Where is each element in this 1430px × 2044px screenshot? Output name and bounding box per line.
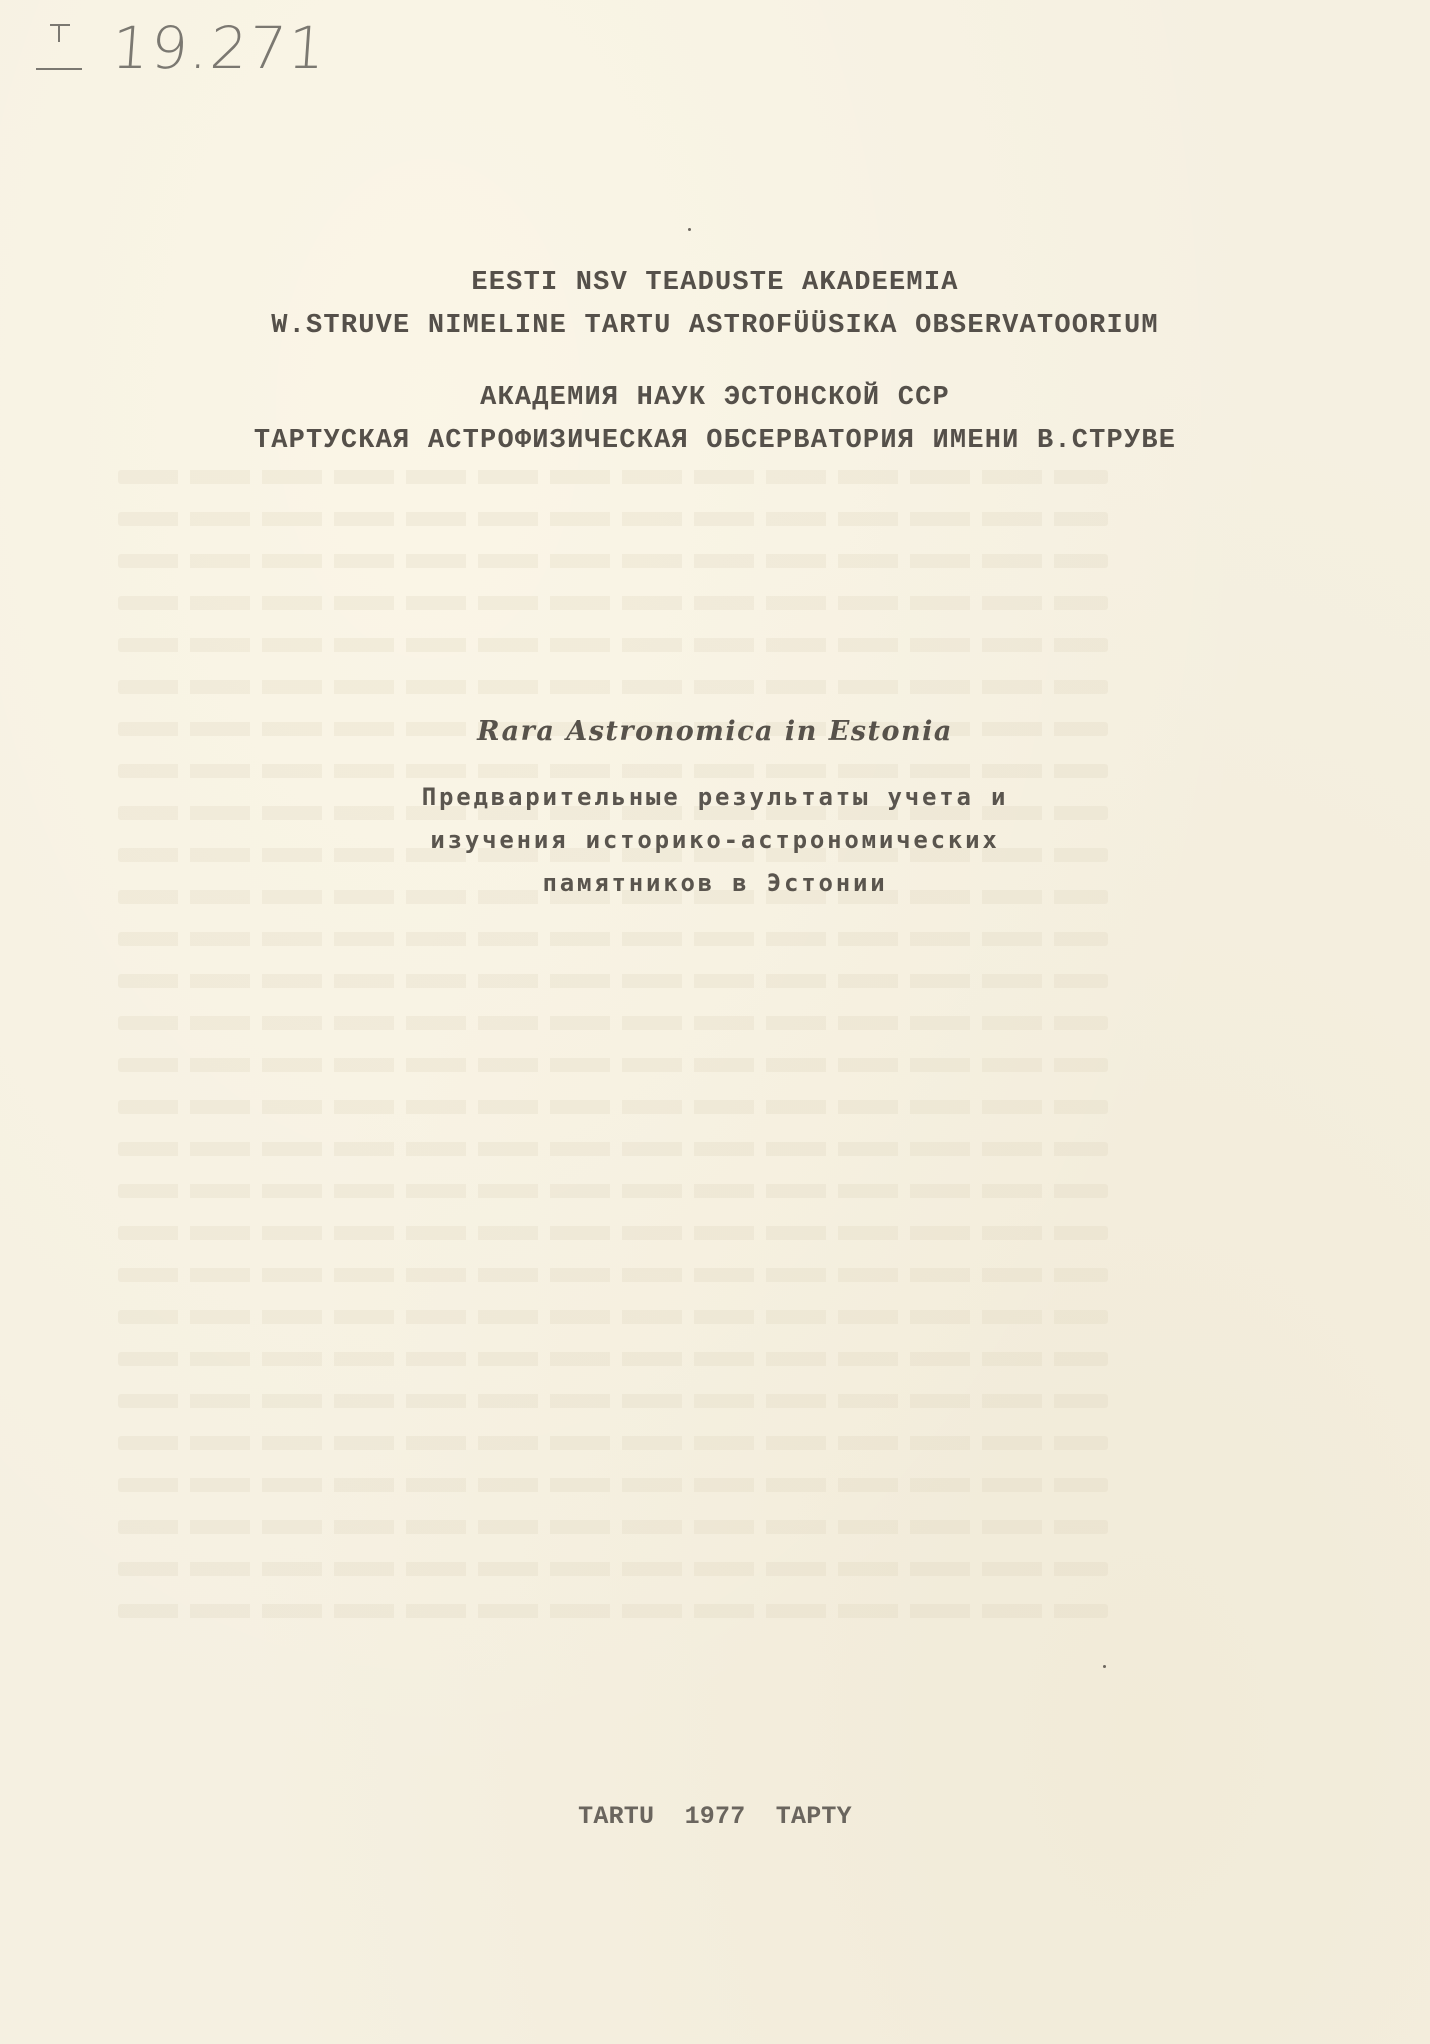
institution-estonian-line-2: W.STRUVE NIMELINE TARTU ASTROFÜÜSIKA OBS… bbox=[0, 311, 1430, 341]
institution-estonian-line-1: EESTI NSV TEADUSTE AKADEEMIA bbox=[0, 268, 1430, 298]
document-page: 19.271 EESTI NSV TEADUSTE AKADEEMIA W.ST… bbox=[0, 0, 1430, 2044]
publication-place-year: TARTU 1977 TAPTY bbox=[0, 1802, 1430, 1831]
paper-speck bbox=[688, 228, 691, 231]
document-title: Rara Astronomica in Estonia bbox=[0, 716, 1430, 747]
subtitle-line-1: Предварительные результаты учета и bbox=[0, 783, 1430, 811]
subtitle-line-3: памятников в Эстонии bbox=[0, 869, 1430, 897]
paper-speck bbox=[1103, 1665, 1106, 1668]
roman-numeral-mark bbox=[36, 22, 82, 74]
institution-russian-line-1: АКАДЕМИЯ НАУК ЭСТОНСКОЙ ССР bbox=[0, 383, 1430, 413]
subtitle-line-2: изучения историко-астрономических bbox=[0, 826, 1430, 854]
show-through-text bbox=[118, 470, 1108, 1646]
institution-russian-line-2: ТАРТУСКАЯ АСТРОФИЗИЧЕСКАЯ ОБСЕРВАТОРИЯ И… bbox=[0, 426, 1430, 456]
catalog-number: 19.271 bbox=[110, 14, 330, 82]
handwritten-catalog-mark: 19.271 bbox=[36, 12, 327, 84]
